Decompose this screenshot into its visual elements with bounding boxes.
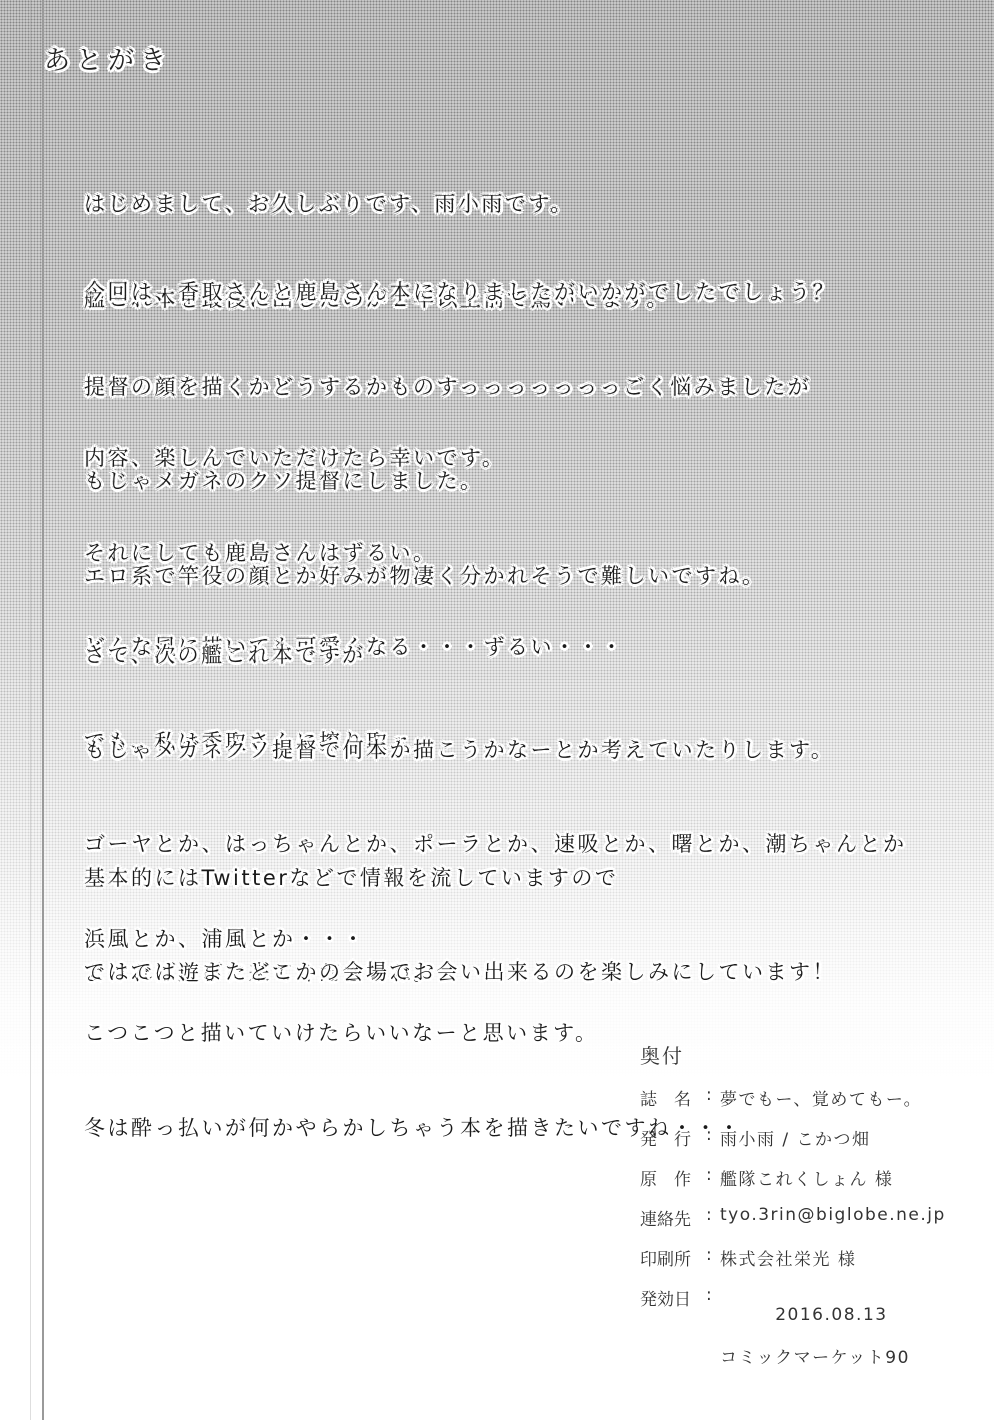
colophon-key: 原 作 bbox=[640, 1165, 706, 1190]
colophon-row-printer: 印刷所 : 株式会社栄光 様 bbox=[640, 1245, 946, 1285]
colophon-key: 誌 名 bbox=[640, 1085, 706, 1110]
colophon-separator: : bbox=[706, 1165, 720, 1185]
colophon-separator: : bbox=[706, 1245, 720, 1265]
afterword-page: あとがき はじめまして、お久しぶりです、雨小雨です。 艦これ本を最後に出したのが… bbox=[0, 0, 1000, 1420]
contact-email: tyo.3rin@biglobe.ne.jp bbox=[720, 1205, 946, 1225]
text-line: もじゃメガネクソ提督で何本か描こうかなーとか考えていたりします。 bbox=[84, 735, 907, 767]
event-name: コミックマーケット90 bbox=[720, 1343, 910, 1368]
text-line: 基本的にはTwitterなどで情報を流していますので bbox=[84, 863, 618, 895]
colophon-value: 夢でもー、覚めてもー。 bbox=[720, 1085, 922, 1110]
colophon-row-original-work: 原 作 : 艦隊これくしょん 様 bbox=[640, 1165, 946, 1205]
colophon-value: 雨小雨 / こかつ畑 bbox=[720, 1125, 871, 1150]
paragraph-closing: ではでは、またどこかの会場でお会い出来るのを楽しみにしています！ bbox=[84, 894, 836, 1052]
colophon-key: 印刷所 bbox=[640, 1245, 706, 1270]
issue-date: 2016.08.13 bbox=[775, 1305, 887, 1325]
text-line: ではでは、またどこかの会場でお会い出来るのを楽しみにしています！ bbox=[84, 957, 836, 989]
text-line: 内容、楽しんでいただけたら幸いです。 bbox=[84, 443, 625, 475]
text-line: 今回は、香取さんと鹿島さん本になりましたがいかがでしたでしょう？ bbox=[84, 277, 836, 309]
colophon-title: 奥付 bbox=[640, 1040, 946, 1069]
colophon-value: 艦隊これくしょん 様 bbox=[720, 1165, 893, 1190]
colophon-value: 株式会社栄光 様 bbox=[720, 1245, 856, 1270]
colophon-separator: : bbox=[706, 1205, 720, 1225]
colophon-row-contact: 連絡先 : tyo.3rin@biglobe.ne.jp bbox=[640, 1205, 946, 1245]
colophon-key: 発効日 bbox=[640, 1285, 706, 1310]
colophon-key: 発 行 bbox=[640, 1125, 706, 1150]
colophon-separator: : bbox=[706, 1085, 720, 1105]
colophon-separator: : bbox=[706, 1125, 720, 1145]
colophon-row-title: 誌 名 : 夢でもー、覚めてもー。 bbox=[640, 1085, 946, 1125]
colophon-row-issue-date: 発効日 : 2016.08.13 コミックマーケット90 bbox=[640, 1285, 946, 1345]
colophon: 奥付 誌 名 : 夢でもー、覚めてもー。 発 行 : 雨小雨 / こかつ畑 原 … bbox=[640, 1040, 946, 1345]
colophon-value: 2016.08.13 コミックマーケット90 bbox=[720, 1285, 910, 1408]
colophon-key: 連絡先 bbox=[640, 1205, 706, 1230]
colophon-separator: : bbox=[706, 1285, 720, 1305]
text-line: さて、次の艦これ本ですが bbox=[84, 640, 907, 672]
text-line: それにしても鹿島さんはずるい。 bbox=[84, 538, 625, 570]
page-title: あとがき bbox=[44, 40, 172, 77]
colophon-row-publisher: 発 行 : 雨小雨 / こかつ畑 bbox=[640, 1125, 946, 1165]
